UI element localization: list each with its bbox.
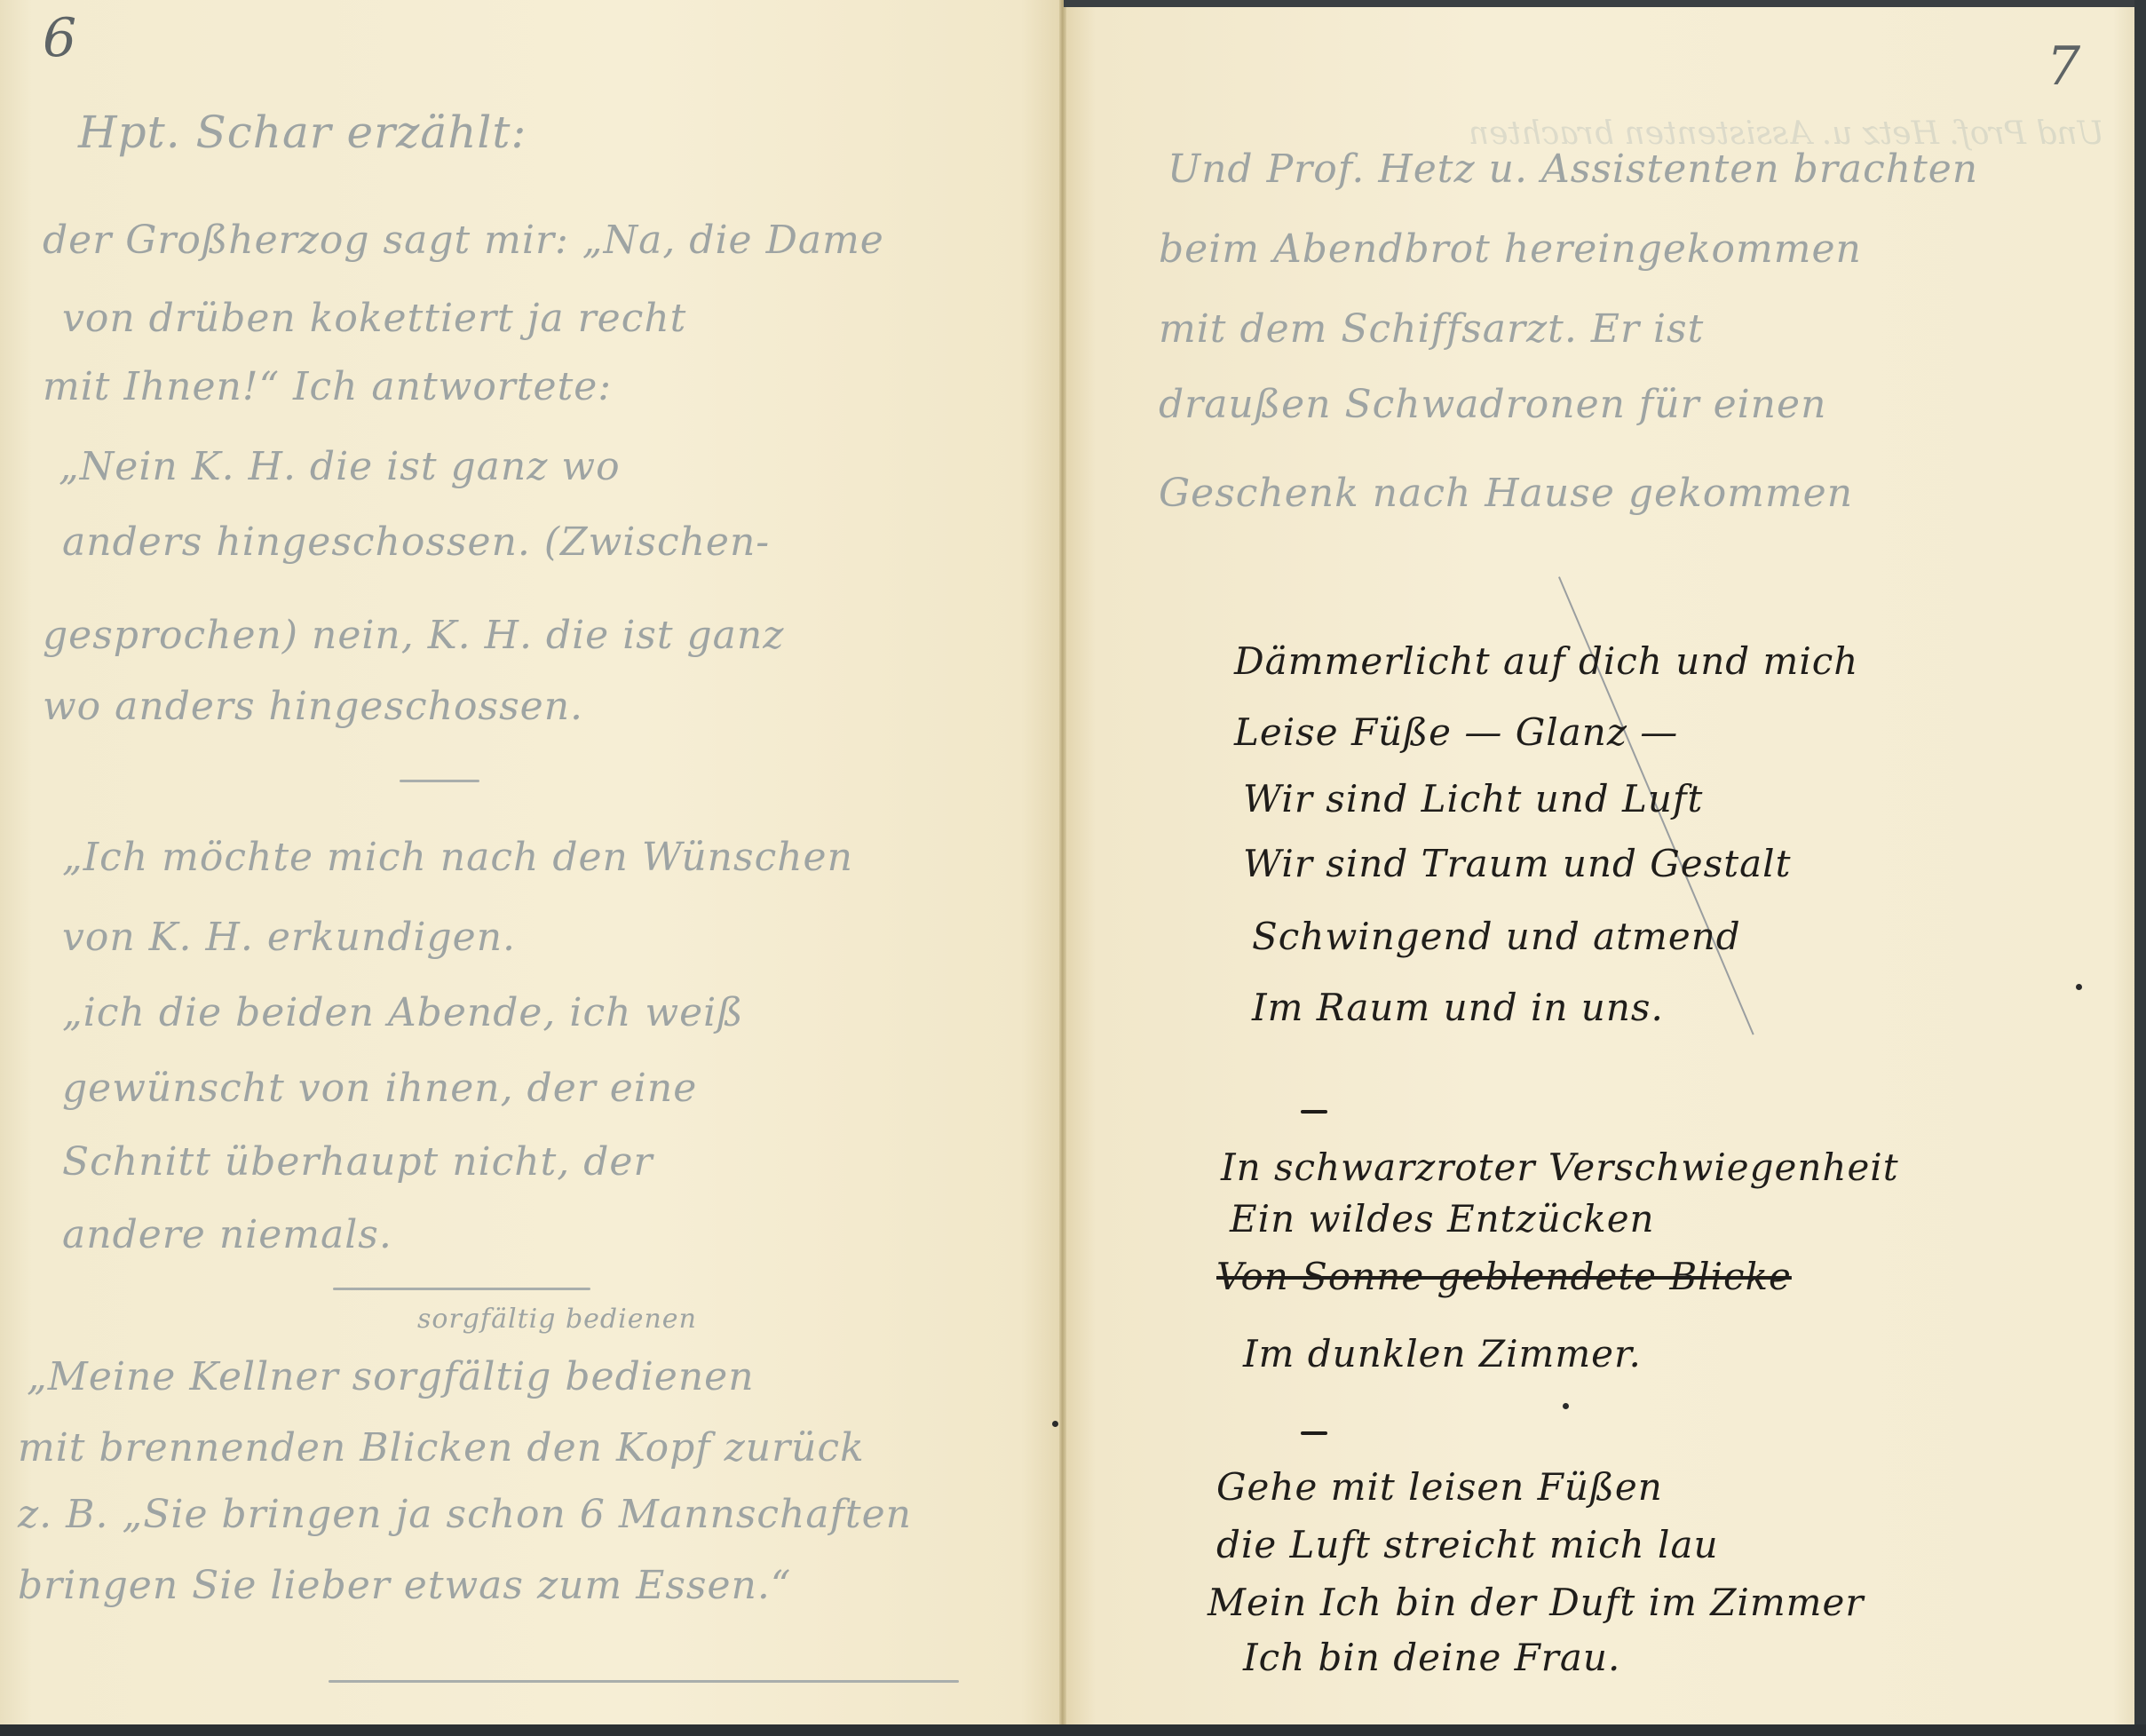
ink-speck <box>2076 984 2082 990</box>
left-line: Schnitt überhaupt nicht, der <box>62 1139 653 1185</box>
left-line: von drüben kokettiert ja recht <box>62 296 686 341</box>
stanza-separator <box>1301 1110 1327 1114</box>
poem-line: Mein Ich bin der Duft im Zimmer <box>1208 1581 1864 1624</box>
poem-line: Ich bin deine Frau. <box>1243 1636 1620 1679</box>
right-pencil-line: Geschenk nach Hause gekommen <box>1159 471 1853 516</box>
poem-line: In schwarzroter Verschwiegenheit <box>1221 1145 1899 1189</box>
left-line: „Nein K. H. die ist ganz wo <box>59 444 621 489</box>
interlinear-insertion: sorgfältig bedienen <box>417 1304 697 1335</box>
left-line: mit brennenden Blicken den Kopf zurück <box>18 1425 865 1470</box>
ink-speck <box>1563 1403 1569 1409</box>
left-line: „Meine Kellner sorgfältig bedienen <box>27 1354 755 1399</box>
right-pencil-line: draußen Schwadronen für einen <box>1159 382 1826 427</box>
left-line: „Ich möchte mich nach den Wünschen <box>62 835 853 880</box>
cover-edge-right <box>2134 0 2146 1736</box>
poem-line-struck: Von Sonne geblendete Blicke <box>1216 1255 1792 1298</box>
section-divider <box>333 1288 590 1290</box>
poem-line: Ein wildes Entzücken <box>1230 1197 1655 1241</box>
left-line: mit Ihnen!“ Ich antwortete: <box>43 364 612 409</box>
section-divider <box>329 1680 959 1683</box>
ink-speck <box>1052 1421 1058 1427</box>
poem-line: Im dunklen Zimmer. <box>1243 1332 1642 1375</box>
left-line: anders hingeschossen. (Zwischen- <box>62 519 770 565</box>
poem-line: Gehe mit leisen Füßen <box>1216 1465 1663 1509</box>
right-pencil-line: beim Abendbrot hereingekommen <box>1159 226 1862 272</box>
left-line: z. B. „Sie bringen ja schon 6 Mannschaft… <box>18 1492 912 1537</box>
left-line: „ich die beiden Abende, ich weiß <box>62 990 744 1035</box>
left-heading: Hpt. Schar erzählt: <box>78 107 527 158</box>
left-line: bringen Sie lieber etwas zum Essen.“ <box>18 1563 791 1608</box>
right-pencil-line: Und Prof. Hetz u. Assistenten brachten <box>1168 147 1978 192</box>
poem-line: Im Raum und in uns. <box>1252 986 1664 1029</box>
left-line: der Großherzog sagt mir: „Na, die Dame <box>43 218 884 263</box>
left-line: wo anders hingeschossen. <box>43 684 583 729</box>
section-divider <box>400 780 479 782</box>
left-line: von K. H. erkundigen. <box>62 915 516 960</box>
poem-line: Wir sind Licht und Luft <box>1243 777 1703 820</box>
page-number-right: 7 <box>2047 36 2080 98</box>
left-line: gesprochen) nein, K. H. die ist ganz <box>43 613 784 658</box>
binding-gutter <box>1059 0 1066 1724</box>
poem-line: Wir sind Traum und Gestalt <box>1243 842 1791 885</box>
page-number-left: 6 <box>43 7 76 69</box>
stanza-separator <box>1301 1431 1327 1435</box>
poem-line: Schwingend und atmend <box>1252 915 1741 958</box>
poem-line: die Luft streicht mich lau <box>1216 1523 1719 1566</box>
right-pencil-line: mit dem Schiffsarzt. Er ist <box>1159 306 1704 352</box>
poem-line: Dämmerlicht auf dich und mich <box>1234 639 1858 683</box>
left-line: andere niemals. <box>62 1212 392 1257</box>
poem-line: Leise Füße — Glanz — <box>1234 710 1678 754</box>
left-line: gewünscht von ihnen, der eine <box>62 1066 697 1111</box>
notebook-spread: Und Prof. Hetz u. Assistenten brachten 6… <box>0 0 2134 1724</box>
cover-edge-bottom <box>0 1724 2146 1736</box>
top-cover-edge <box>1064 0 2134 7</box>
